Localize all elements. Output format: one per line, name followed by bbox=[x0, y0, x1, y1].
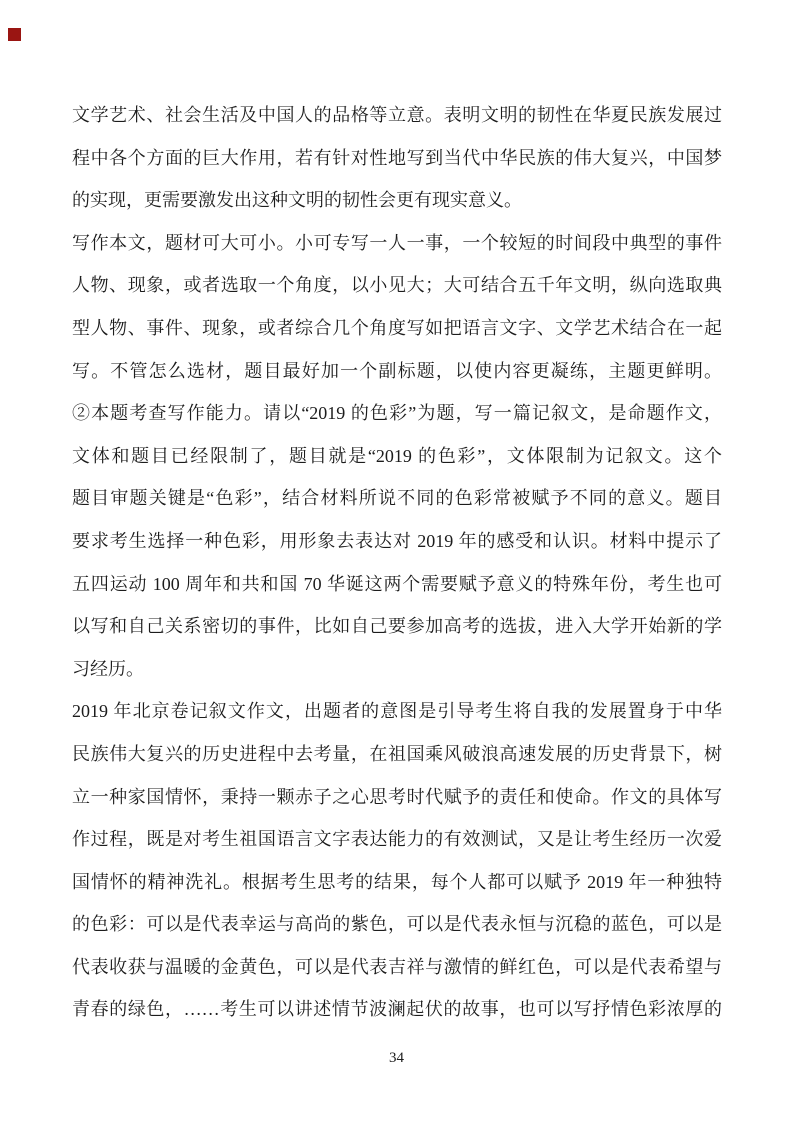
text-line: 写。不管怎么选材，题目最好加一个副标题，以使内容更凝练，主题更鲜明。 bbox=[72, 350, 722, 393]
text-line: 的实现，更需要激发出这种文明的韧性会更有现实意义。 bbox=[72, 179, 722, 222]
text-line: 立一种家国情怀，秉持一颗赤子之心思考时代赋予的责任和使命。作文的具体写 bbox=[72, 776, 722, 819]
document-page: 文学艺术、社会生活及中国人的品格等立意。表明文明的韧性在华夏民族发展过 程中各个… bbox=[0, 0, 793, 1122]
text-line: 作过程，既是对考生祖国语言文字表达能力的有效测试，又是让考生经历一次爱 bbox=[72, 818, 722, 861]
text-line: 程中各个方面的巨大作用，若有针对性地写到当代中华民族的伟大复兴，中国梦 bbox=[72, 137, 722, 180]
text-line: 题目审题关键是“色彩”，结合材料所说不同的色彩常被赋予不同的意义。题目 bbox=[72, 477, 722, 520]
text-line: 的色彩：可以是代表幸运与高尚的紫色，可以是代表永恒与沉稳的蓝色，可以是 bbox=[72, 903, 722, 946]
text-line: 国情怀的精神洗礼。根据考生思考的结果，每个人都可以赋予 2019 年一种独特 bbox=[72, 861, 722, 904]
text-line: 2019 年北京卷记叙文作文，出题者的意图是引导考生将自我的发展置身于中华 bbox=[72, 690, 722, 733]
text-line: 要求考生选择一种色彩，用形象去表达对 2019 年的感受和认识。材料中提示了 bbox=[72, 520, 722, 563]
text-line: 五四运动 100 周年和共和国 70 华诞这两个需要赋予意义的特殊年份，考生也可 bbox=[72, 563, 722, 606]
text-line: 以写和自己关系密切的事件，比如自己要参加高考的选拔，进入大学开始新的学 bbox=[72, 605, 722, 648]
page-number: 34 bbox=[0, 1048, 793, 1068]
text-line: 型人物、事件、现象，或者综合几个角度写如把语言文字、文学艺术结合在一起 bbox=[72, 307, 722, 350]
text-line: 代表收获与温暖的金黄色，可以是代表吉祥与激情的鲜红色，可以是代表希望与 bbox=[72, 946, 722, 989]
text-line: ②本题考查写作能力。请以“2019 的色彩”为题，写一篇记叙文，是命题作文， bbox=[72, 392, 722, 435]
text-body: 文学艺术、社会生活及中国人的品格等立意。表明文明的韧性在华夏民族发展过 程中各个… bbox=[72, 94, 722, 1031]
text-line: 人物、现象，或者选取一个角度，以小见大；大可结合五千年文明，纵向选取典 bbox=[72, 264, 722, 307]
text-line: 民族伟大复兴的历史进程中去考量，在祖国乘风破浪高速发展的历史背景下，树 bbox=[72, 733, 722, 776]
corner-marker bbox=[8, 28, 21, 41]
text-line: 文学艺术、社会生活及中国人的品格等立意。表明文明的韧性在华夏民族发展过 bbox=[72, 94, 722, 137]
text-line: 青春的绿色，……考生可以讲述情节波澜起伏的故事，也可以写抒情色彩浓厚的 bbox=[72, 988, 722, 1031]
text-line: 习经历。 bbox=[72, 648, 722, 691]
text-line: 写作本文，题材可大可小。小可专写一人一事，一个较短的时间段中典型的事件 bbox=[72, 222, 722, 265]
text-line: 文体和题目已经限制了，题目就是“2019 的色彩”，文体限制为记叙文。这个 bbox=[72, 435, 722, 478]
